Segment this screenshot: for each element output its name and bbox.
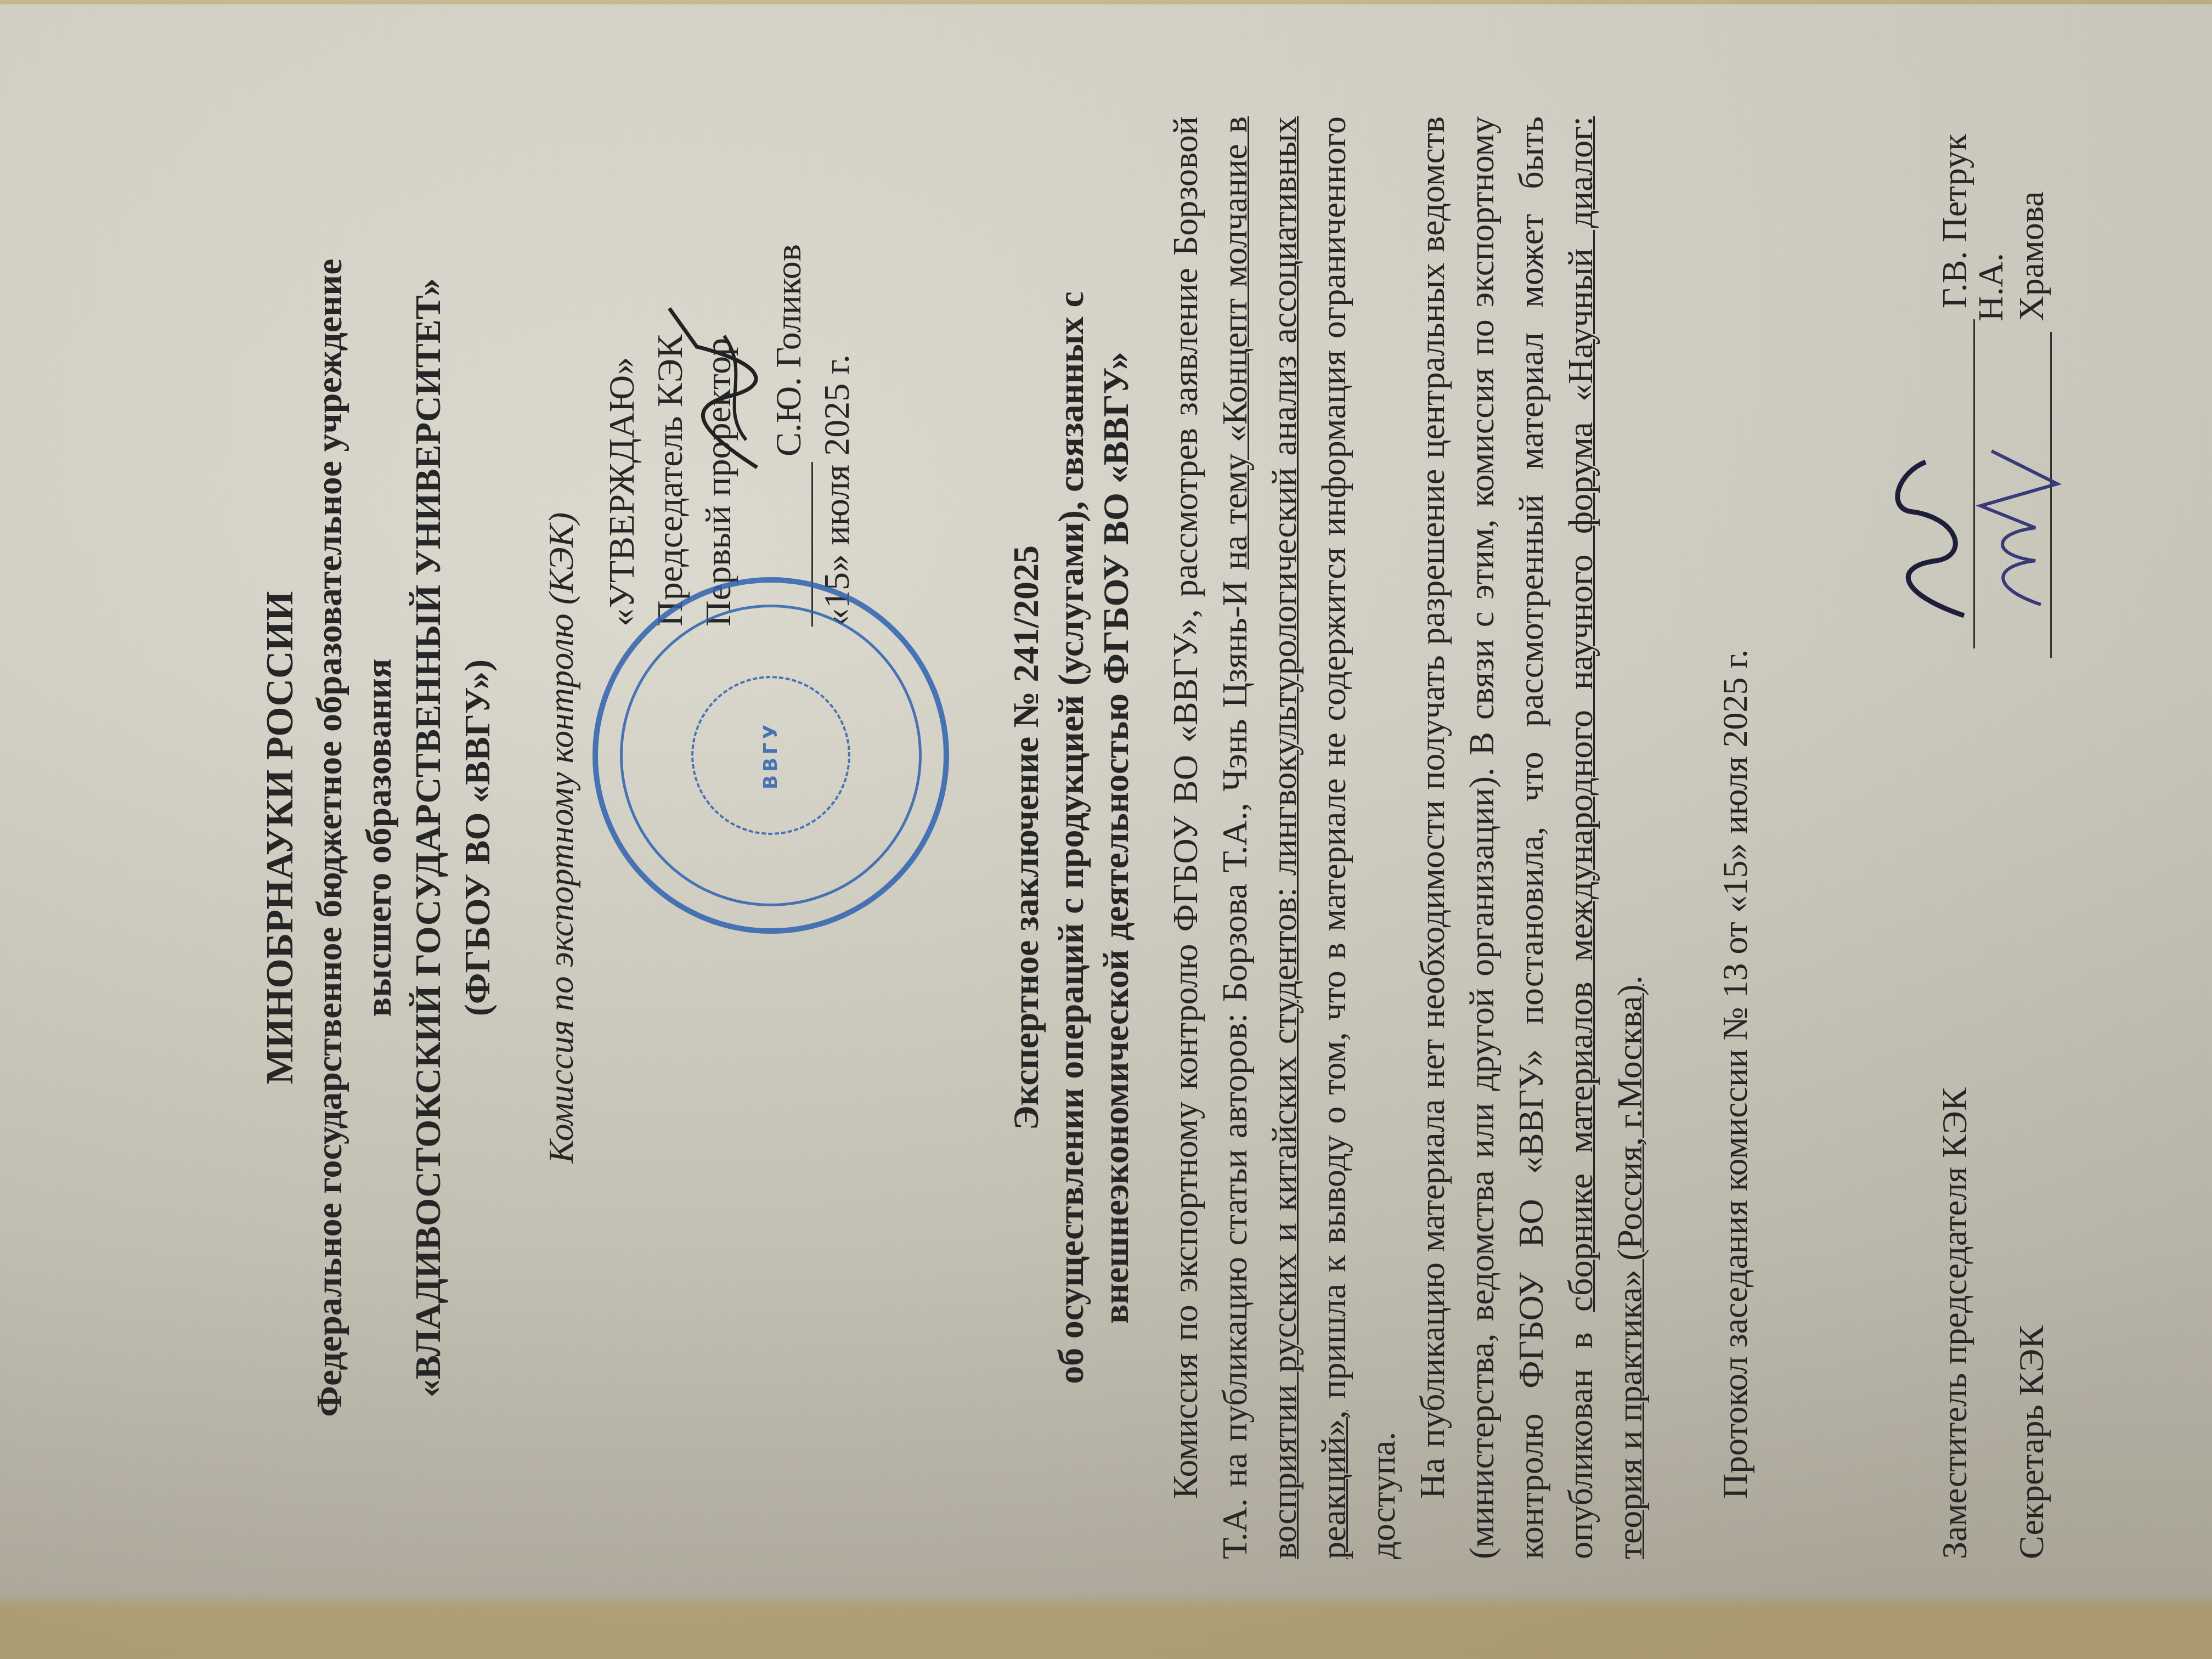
paragraph-2: На публикацию материала нет необходимост…	[1408, 116, 1655, 1559]
signer-role: Секретарь КЭК	[2011, 658, 2052, 1559]
university-name: «ВЛАДИВОСТОКСКИЙ ГОСУДАРСТВЕННЫЙ УНИВЕРС…	[404, 116, 453, 1559]
p1-text-b: пришла к выводу о том, что в материале н…	[1314, 116, 1402, 1559]
approval-block: ВВГУ «УТВЕРЖДАЮ» Председатель КЭК Первый…	[598, 50, 861, 627]
approver-position-2: Первый проректор	[695, 50, 743, 627]
approval-date: «15» июля 2025 г.	[813, 50, 861, 627]
stamp-text: ВВГУ	[598, 583, 944, 928]
institution-level: высшего образования	[354, 116, 404, 1559]
p2-text-b: .	[1610, 975, 1649, 984]
signer-secretary: Секретарь КЭК Н.А. Храмова	[1975, 116, 2052, 1559]
approver-position-1: Председатель КЭК	[646, 50, 695, 627]
official-stamp: ВВГУ	[592, 577, 949, 934]
approve-label: «УТВЕРЖДАЮ»	[598, 50, 646, 627]
approver-signature-row: С.Ю. Голиков	[765, 50, 813, 627]
title-subject-2: внешнеэкономической деятельностью ФГБОУ …	[1094, 116, 1139, 1559]
title-subject-1: об осуществлении операций с продукцией (…	[1049, 116, 1094, 1559]
signers-block: Заместитель председателя КЭК Г.В. Петрук…	[1898, 116, 2052, 1559]
institution-type: Федеральное государственное бюджетное об…	[305, 116, 354, 1559]
signer-deputy-chair: Заместитель председателя КЭК Г.В. Петрук	[1898, 116, 1975, 1559]
letterhead: МИНОБРНАУКИ РОССИИ Федеральное государст…	[256, 116, 503, 1559]
commission-name: Комиссия по экспортному контролю (КЭК)	[541, 116, 582, 1559]
signer-name: Н.А. Храмова	[1971, 116, 2052, 321]
title-number: Экспертное заключение № 241/2025	[1004, 116, 1049, 1559]
paragraph-1: Комиссия по экспортному контролю ФГБОУ В…	[1161, 116, 1408, 1559]
approver-name: С.Ю. Голиков	[765, 244, 813, 456]
document-title: Экспертное заключение № 241/2025 об осущ…	[1004, 116, 1139, 1559]
document-page: МИНОБРНАУКИ РОССИИ Федеральное государст…	[75, 34, 2137, 1625]
ministry-name: МИНОБРНАУКИ РОССИИ	[256, 116, 305, 1559]
signer-role: Заместитель председателя КЭК	[1934, 648, 1975, 1559]
university-abbr: (ФГБОУ ВО «ВВГУ»)	[453, 116, 503, 1559]
signer-name: Г.В. Петрук	[1934, 134, 1975, 308]
signature-line	[2012, 332, 2052, 658]
document-body: Комиссия по экспортному контролю ФГБОУ В…	[1161, 116, 1655, 1559]
protocol-line: Протокол заседания комиссии № 13 от «15»…	[1715, 116, 1756, 1559]
signature-line	[1935, 319, 1975, 648]
